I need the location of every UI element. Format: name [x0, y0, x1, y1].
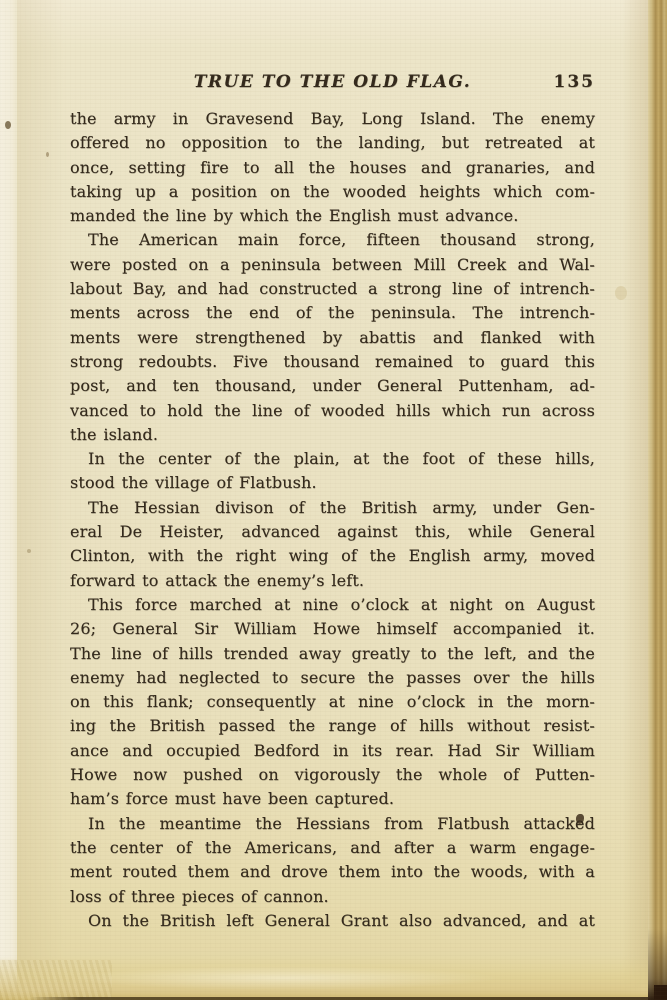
paragraph: On the British left General Grant also a… — [70, 909, 595, 933]
text-line: taking up a position on the wooded heigh… — [70, 180, 595, 204]
page-right-shadow — [622, 0, 648, 1000]
paragraph: This force marched at nine o’clock at ni… — [70, 593, 595, 812]
text-line: 26; General Sir William Howe himself acc… — [70, 617, 595, 641]
text-line: post, and ten thousand, under General Pu… — [70, 374, 595, 398]
text-line: This force marched at nine o’clock at ni… — [70, 593, 595, 617]
text-line: ing the British passed the range of hill… — [70, 714, 595, 738]
text-line: Clinton, with the right wing of the Engl… — [70, 544, 595, 568]
running-title: TRUE TO THE OLD FLAG. — [70, 72, 595, 92]
text-line: Howe now pushed on vigorously the whole … — [70, 763, 595, 787]
text-line: The Hessian divison of the British army,… — [70, 496, 595, 520]
page-header: TRUE TO THE OLD FLAG. 135 — [70, 72, 595, 96]
book-page-scan: TRUE TO THE OLD FLAG. 135 the army in Gr… — [0, 0, 667, 1000]
text-line: In the center of the plain, at the foot … — [70, 447, 595, 471]
text-line: enemy had neglected to secure the passes… — [70, 666, 595, 690]
page-body: the army in Gravesend Bay, Long Island. … — [70, 107, 595, 933]
text-line: on this flank; consequently at nine o’cl… — [70, 690, 595, 714]
text-line: manded the line by which the English mus… — [70, 204, 595, 228]
page-left-shadow — [17, 0, 65, 1000]
text-line: ham’s force must have been captured. — [70, 787, 595, 811]
paragraph: The Hessian divison of the British army,… — [70, 496, 595, 593]
text-line: eral De Heister, advanced against this, … — [70, 520, 595, 544]
page-edge-right — [648, 0, 667, 1000]
text-line: On the British left General Grant also a… — [70, 909, 595, 933]
text-line: ment routed them and drove them into the… — [70, 860, 595, 884]
text-line: The American main force, fifteen thousan… — [70, 228, 595, 252]
paragraph: In the meantime the Hessians from Flatbu… — [70, 812, 595, 909]
book-cover-corner — [654, 985, 667, 1000]
text-line: The line of hills trended away greatly t… — [70, 642, 595, 666]
paragraph: In the center of the plain, at the foot … — [70, 447, 595, 496]
paragraph: the army in Gravesend Bay, Long Island. … — [70, 107, 595, 228]
text-line: loss of three pieces of cannon. — [70, 885, 595, 909]
page-number: 135 — [554, 72, 596, 92]
text-line: ments were strengthened by abattis and f… — [70, 326, 595, 350]
page-edge-left — [0, 0, 17, 1000]
text-line: offered no opposition to the landing, bu… — [70, 131, 595, 155]
text-line: stood the village of Flatbush. — [70, 471, 595, 495]
text-line: the army in Gravesend Bay, Long Island. … — [70, 107, 595, 131]
text-line: the center of the Americans, and after a… — [70, 836, 595, 860]
paper-light-streak — [70, 966, 500, 990]
text-line: the island. — [70, 423, 595, 447]
text-line: forward to attack the enemy’s left. — [70, 569, 595, 593]
text-line: once, setting fire to all the houses and… — [70, 156, 595, 180]
text-line: vanced to hold the line of wooded hills … — [70, 399, 595, 423]
text-line: ments across the end of the peninsula. T… — [70, 301, 595, 325]
page-content: TRUE TO THE OLD FLAG. 135 the army in Gr… — [70, 72, 595, 933]
text-line: strong redoubts. Five thousand remained … — [70, 350, 595, 374]
paragraph: The American main force, fifteen thousan… — [70, 228, 595, 447]
text-line: labout Bay, and had constructed a strong… — [70, 277, 595, 301]
text-line: In the meantime the Hessians from Flatbu… — [70, 812, 595, 836]
text-line: were posted on a peninsula between Mill … — [70, 253, 595, 277]
text-line: ance and occupied Bedford in its rear. H… — [70, 739, 595, 763]
